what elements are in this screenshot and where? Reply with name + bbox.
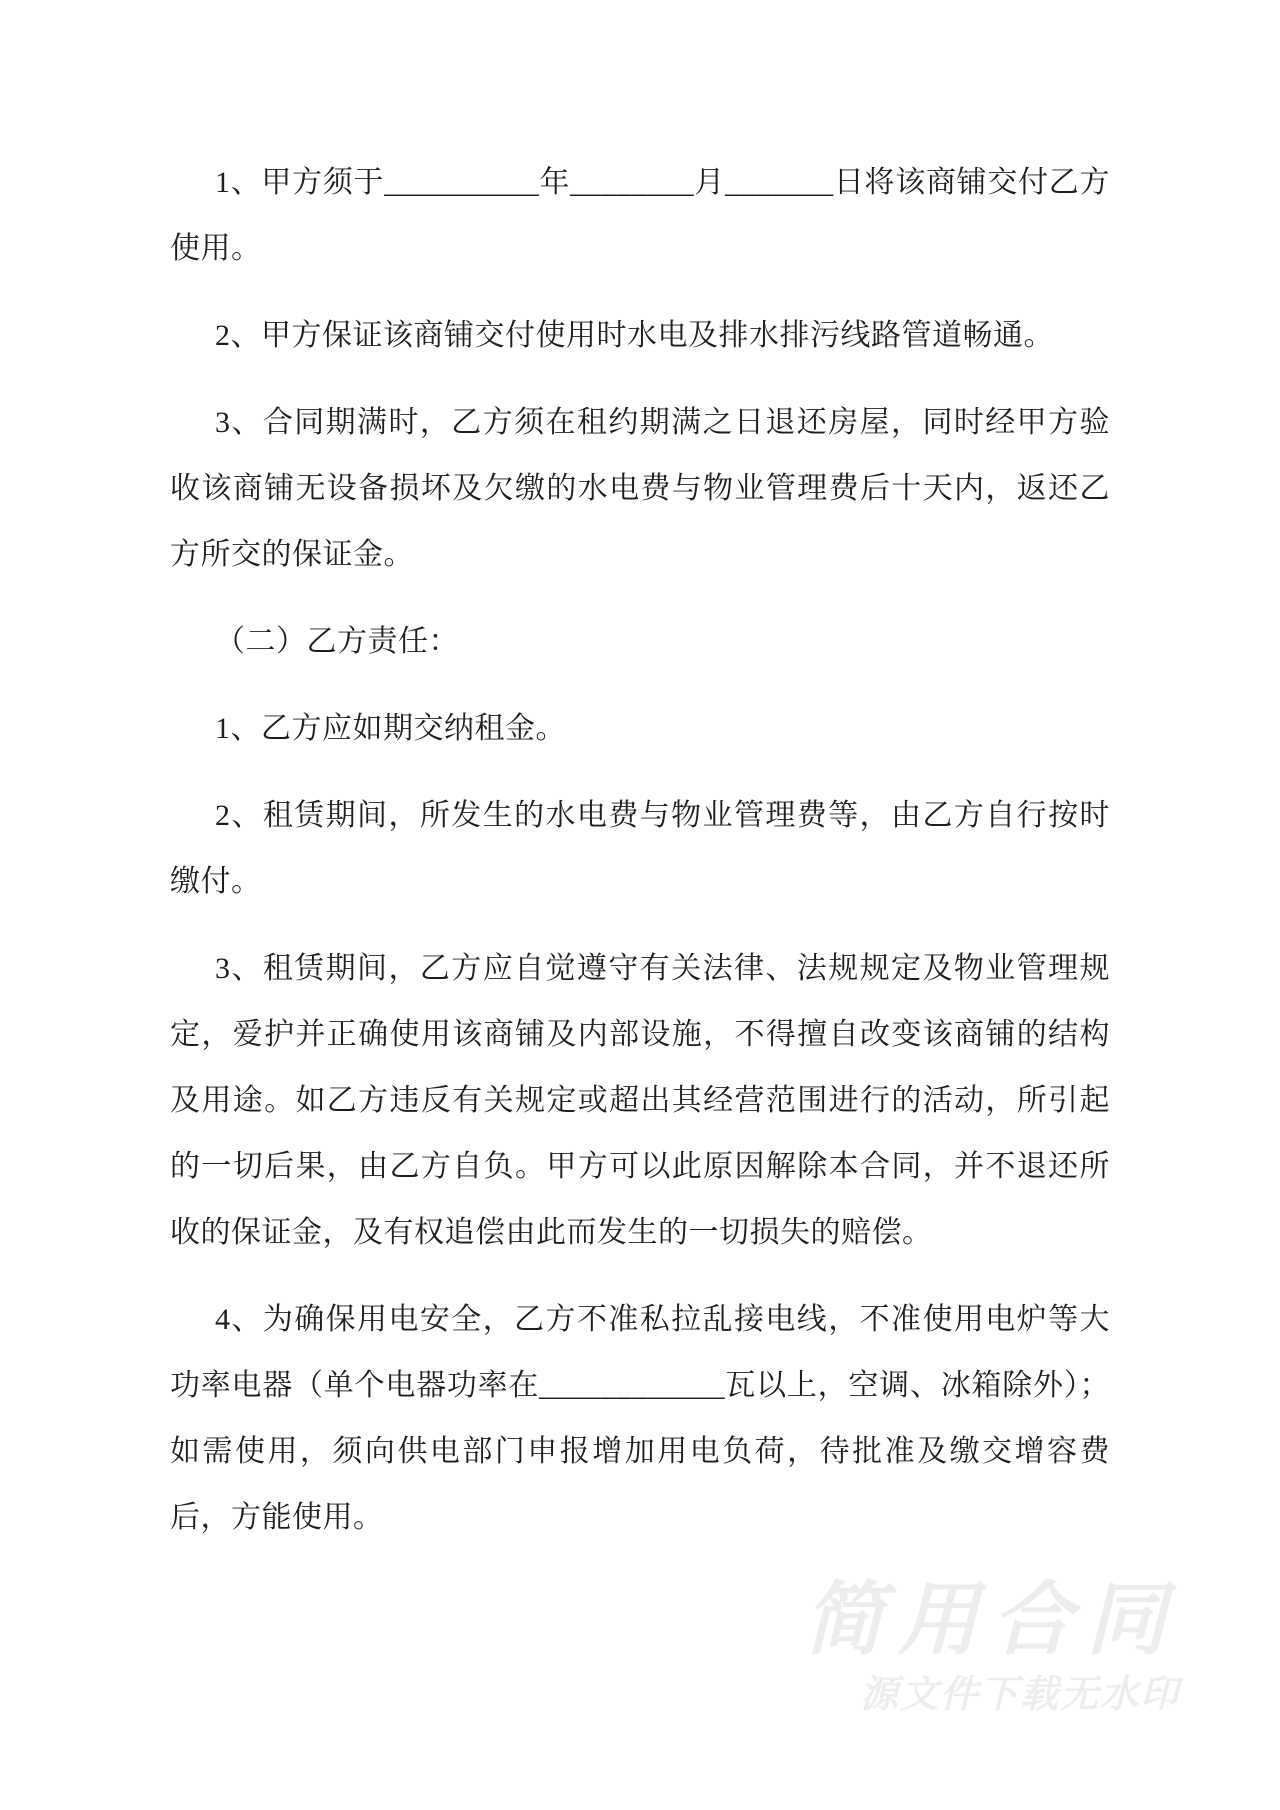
contract-page: 1、甲方须于__________年________月_______日将该商铺交付… (0, 0, 1280, 1810)
contract-body: 1、甲方须于__________年________月_______日将该商铺交付… (170, 150, 1110, 1572)
clause-party-b-4: 4、为确保用电安全，乙方不准私拉乱接电线，不准使用电炉等大功率电器（单个电器功率… (170, 1287, 1110, 1551)
section-heading-party-b: （二）乙方责任： (170, 609, 1110, 675)
watermark-title: 简用合同 (804, 1578, 1180, 1662)
watermark: 简用合同 源文件下载无水印 (804, 1578, 1180, 1716)
clause-party-a-3: 3、合同期满时，乙方须在租约期满之日退还房屋，同时经甲方验收该商铺无设备损坏及欠… (170, 390, 1110, 588)
clause-party-a-1: 1、甲方须于__________年________月_______日将该商铺交付… (170, 150, 1110, 282)
clause-party-b-1: 1、乙方应如期交纳租金。 (170, 696, 1110, 762)
clause-party-b-2: 2、租赁期间，所发生的水电费与物业管理费等，由乙方自行按时缴付。 (170, 783, 1110, 915)
watermark-subtitle: 源文件下载无水印 (804, 1674, 1180, 1716)
clause-party-a-2: 2、甲方保证该商铺交付使用时水电及排水排污线路管道畅通。 (170, 303, 1110, 369)
clause-party-b-3: 3、租赁期间，乙方应自觉遵守有关法律、法规规定及物业管理规定，爱护并正确使用该商… (170, 936, 1110, 1266)
